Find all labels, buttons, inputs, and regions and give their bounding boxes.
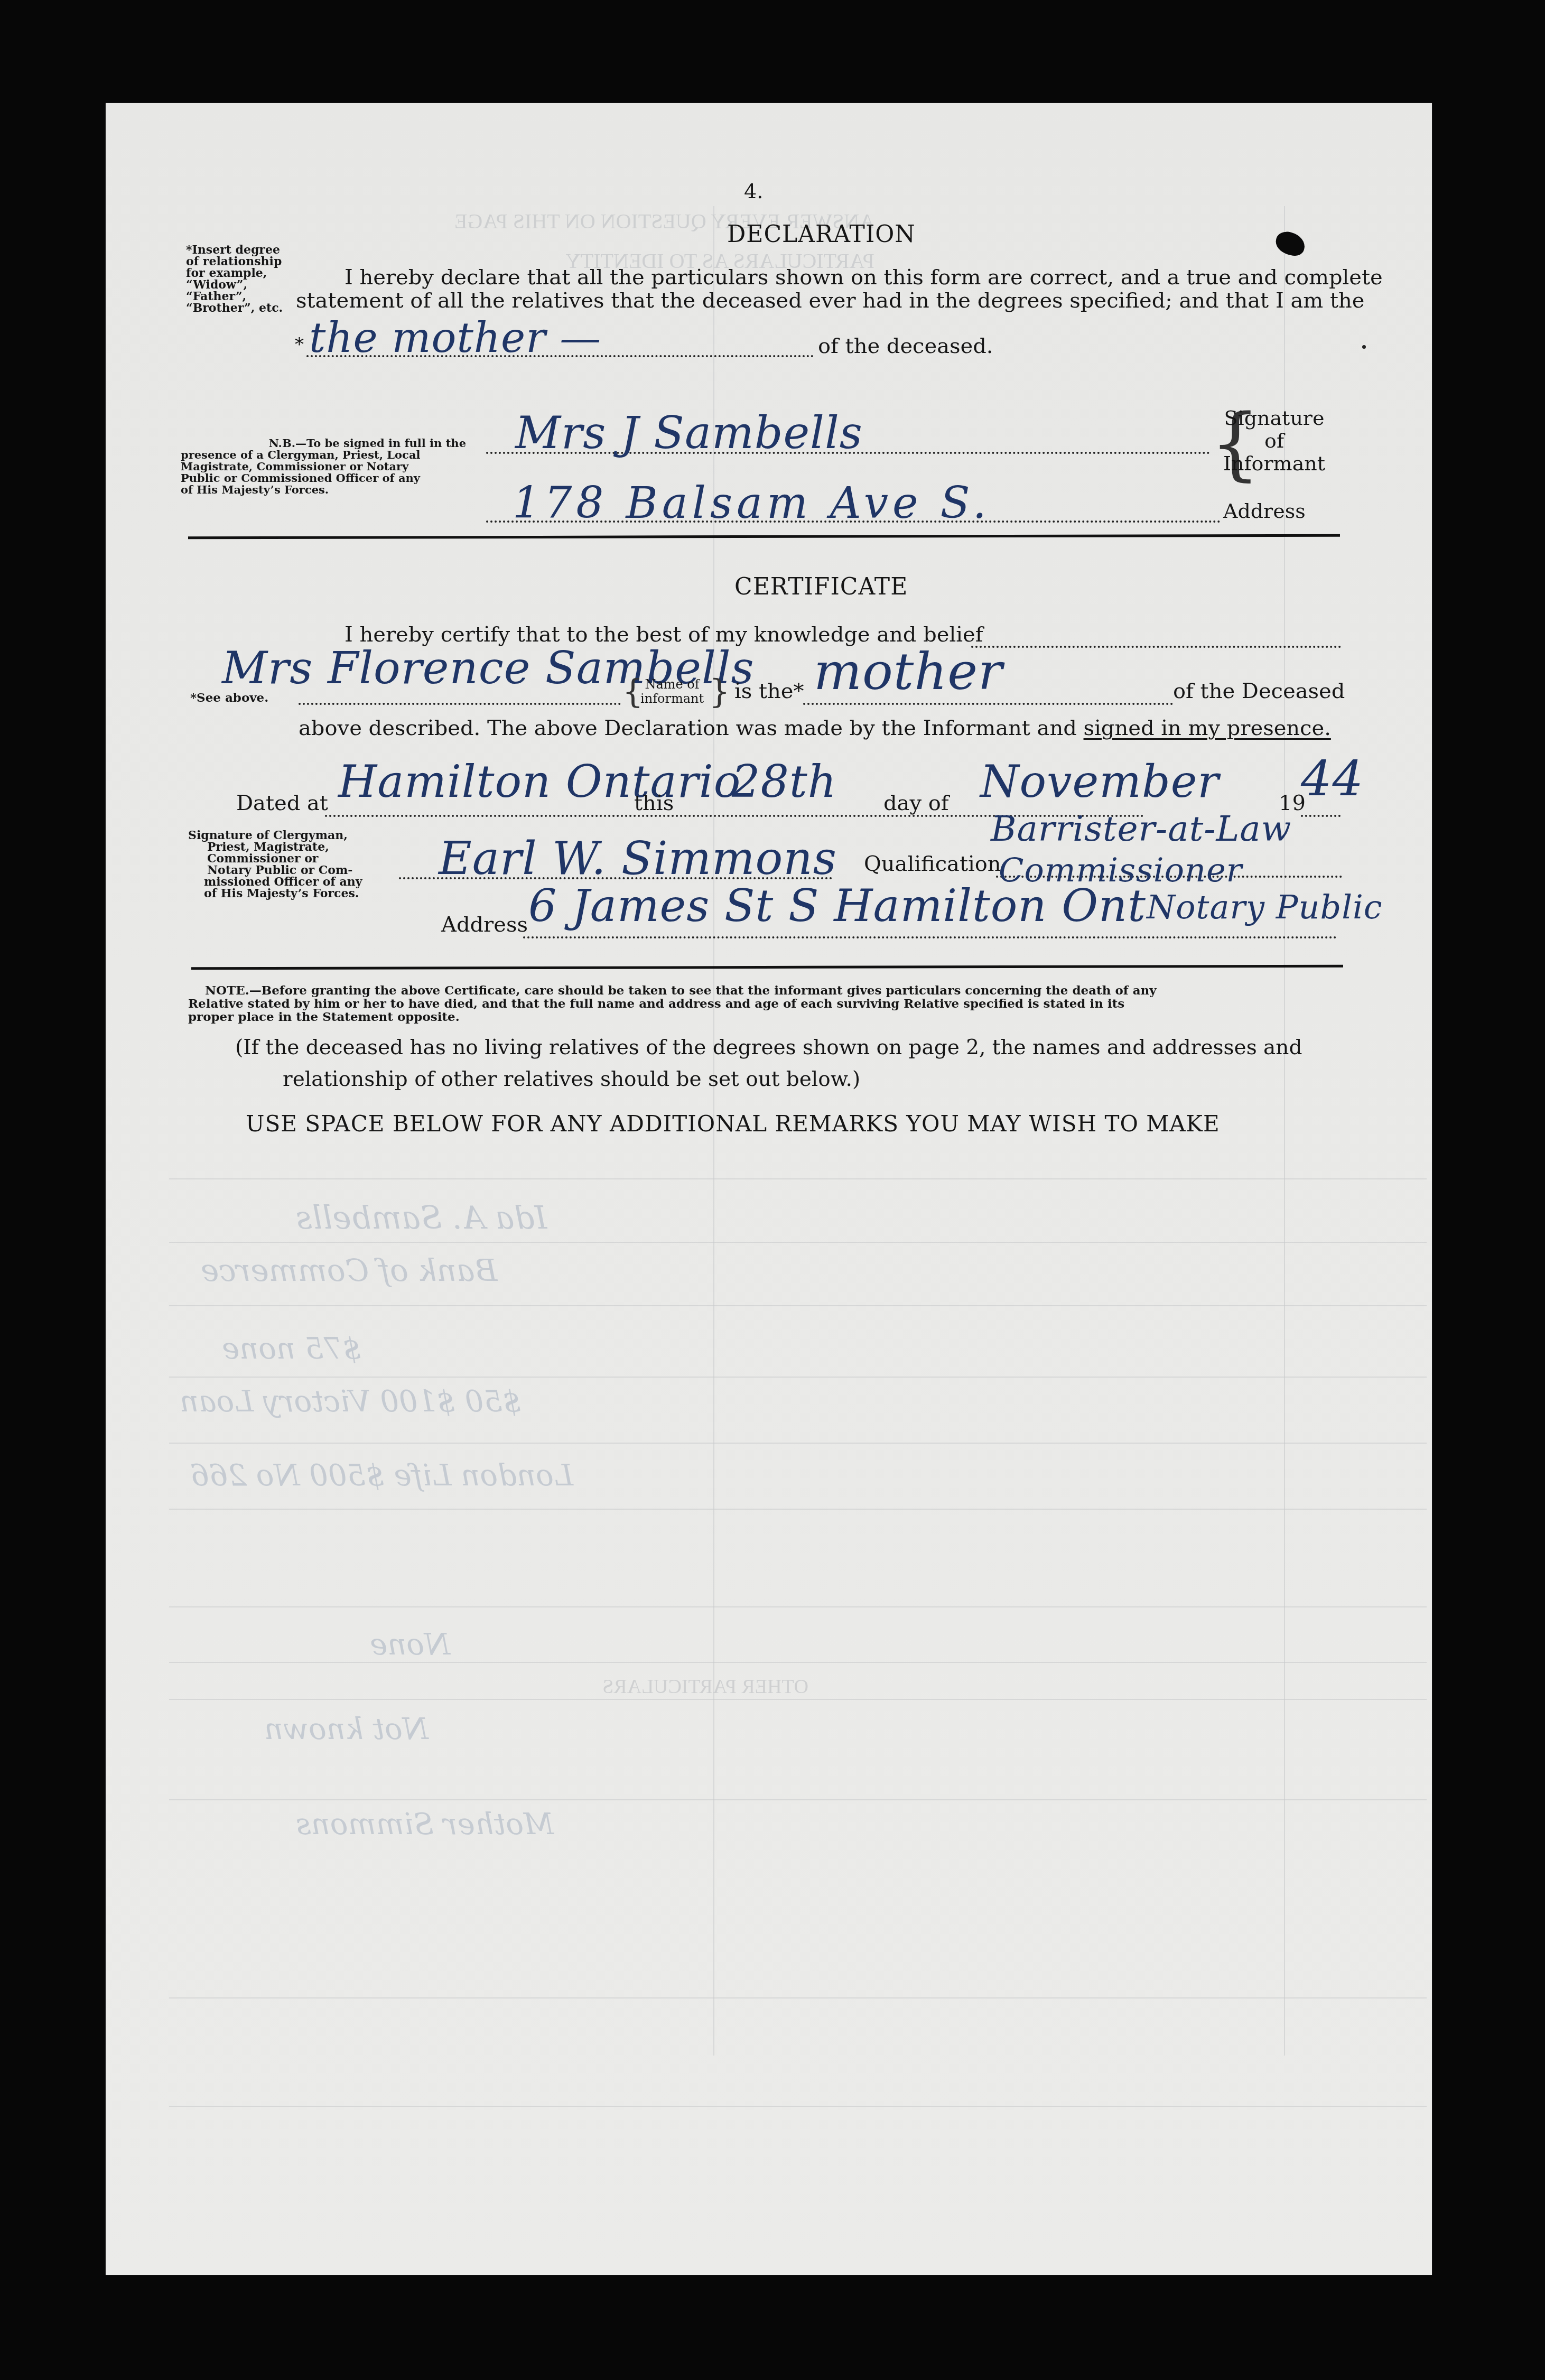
- nb-note-line: Magistrate, Commissioner or Notary: [181, 461, 466, 472]
- informant-signature-field[interactable]: Mrs J Sambells: [515, 407, 863, 459]
- name-of-informant-label: Name of informant: [640, 677, 704, 706]
- nb-note-line: of His Majesty’s Forces.: [181, 484, 466, 496]
- page-number: 4.: [744, 180, 763, 203]
- year-field[interactable]: 44: [1301, 750, 1364, 807]
- signature-of-informant-label: Signature of Informant: [1223, 407, 1325, 475]
- side-note-line: “Widow”,: [186, 279, 283, 291]
- label-line: informant: [640, 692, 704, 706]
- certify-line-3: above described. The above Declaration w…: [299, 716, 1331, 740]
- official-address-field[interactable]: 6 James St S Hamilton Ont: [528, 880, 1146, 932]
- declaration-made-text: above described. The above Declaration w…: [299, 716, 1084, 740]
- qualification-label: Qualification: [864, 852, 1001, 876]
- remarks-heading: USE SPACE BELOW FOR ANY ADDITIONAL REMAR…: [246, 1111, 1220, 1137]
- relationship-side-note: *Insert degree of relationship for examp…: [186, 244, 283, 314]
- instructions-line-1: (If the deceased has no living relatives…: [235, 1036, 1302, 1059]
- relationship-field[interactable]: the mother —: [309, 314, 601, 362]
- this-label: this: [634, 791, 674, 815]
- certificate-relationship-field[interactable]: mother: [814, 642, 1003, 701]
- relationship-line: [803, 703, 1173, 705]
- note-line: proper place in the Statement opposite.: [188, 1010, 1340, 1024]
- official-note-line: Notary Public or Com-: [188, 864, 362, 876]
- certificate-note: NOTE.—Before granting the above Certific…: [188, 984, 1340, 1024]
- dated-at-field[interactable]: Hamilton Ontario: [338, 756, 741, 807]
- of-the-deceased-label: of the Deceased: [1173, 679, 1345, 703]
- qualification-field-line-3[interactable]: Notary Public: [1147, 888, 1383, 926]
- official-address-line: [523, 936, 1337, 938]
- official-signature-note: Signature of Clergyman, Priest, Magistra…: [188, 830, 362, 899]
- certificate-heading: CERTIFICATE: [734, 573, 908, 600]
- day-field[interactable]: 28th: [732, 756, 837, 807]
- name-of-informant-brace-right: }: [709, 672, 730, 711]
- address-label: Address: [1223, 499, 1306, 523]
- official-note-line: of His Majesty’s Forces.: [188, 888, 362, 899]
- signed-in-presence-text: signed in my presence.: [1084, 716, 1331, 740]
- nb-note-line: presence of a Clergyman, Priest, Local: [181, 449, 466, 461]
- see-above-note: *See above.: [190, 692, 268, 704]
- label-line: Informant: [1223, 452, 1325, 475]
- nb-note-line: N.B.—To be signed in full in the: [181, 438, 466, 449]
- nb-signing-note: N.B.—To be signed in full in the presenc…: [181, 438, 466, 496]
- informant-address-field[interactable]: 178 Balsam Ave S.: [513, 478, 991, 528]
- relationship-asterisk: *: [295, 334, 304, 355]
- official-address-label: Address: [441, 913, 528, 937]
- qualification-field-line-1[interactable]: Barrister-at-Law: [991, 808, 1291, 849]
- day-of-label: day of: [883, 791, 949, 815]
- official-signature-field[interactable]: Earl W. Simmons: [439, 832, 837, 885]
- informant-name-line: [299, 703, 621, 705]
- additional-remarks-area[interactable]: [188, 1152, 1340, 2235]
- official-note-line: Priest, Magistrate,: [188, 841, 362, 853]
- official-note-line: Commissioner or: [188, 853, 362, 864]
- note-line: Relative stated by him or her to have di…: [188, 997, 1340, 1010]
- year-line: [1301, 815, 1341, 817]
- declaration-line-1: I hereby declare that all the particular…: [345, 265, 1383, 290]
- label-line: of: [1223, 430, 1325, 452]
- nb-note-line: Public or Commissioned Officer of any: [181, 472, 466, 484]
- dated-at-label: Dated at: [236, 791, 328, 815]
- side-note-line: for example,: [186, 267, 283, 279]
- side-note-line: “Brother”, etc.: [186, 302, 283, 314]
- side-note-line: “Father”,: [186, 291, 283, 302]
- instructions-line-2: relationship of other relatives should b…: [283, 1067, 860, 1091]
- declaration-heading: DECLARATION: [727, 221, 916, 248]
- of-the-deceased-label: of the deceased.: [818, 334, 993, 358]
- official-note-line: missioned Officer of any: [188, 876, 362, 888]
- official-note-line: Signature of Clergyman,: [188, 830, 362, 841]
- side-note-line: *Insert degree: [186, 244, 283, 256]
- side-note-line: of relationship: [186, 256, 283, 267]
- note-line: NOTE.—Before granting the above Certific…: [188, 984, 1340, 997]
- declaration-line-2: statement of all the relatives that the …: [296, 289, 1364, 313]
- ink-spot: [1362, 345, 1366, 349]
- is-the-label: is the*: [734, 679, 804, 703]
- label-line: Name of: [640, 677, 704, 692]
- month-field[interactable]: November: [980, 756, 1220, 807]
- certify-belief-line: [971, 646, 1341, 648]
- label-line: Signature: [1223, 407, 1325, 430]
